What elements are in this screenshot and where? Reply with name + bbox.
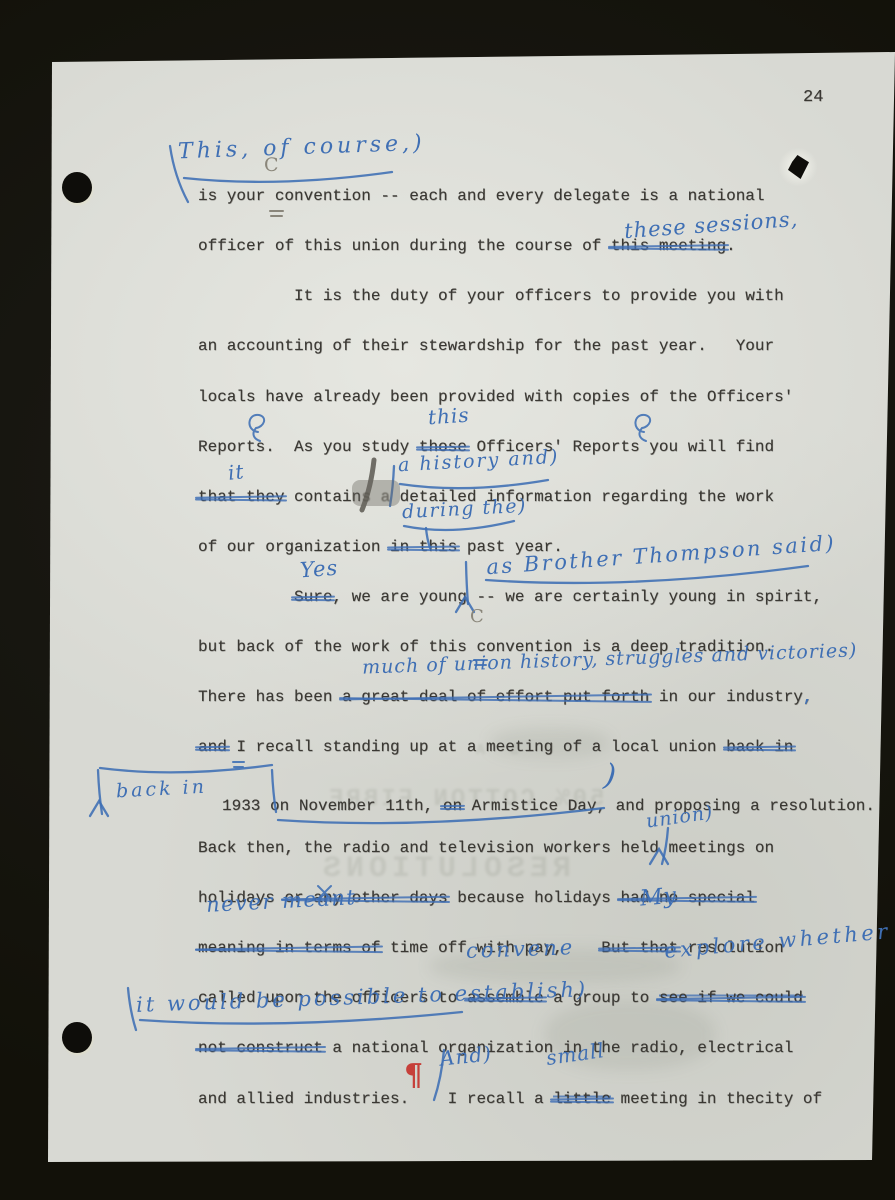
- manuscript-photo: { "page": {"number": "24"}, "colors": { …: [0, 0, 895, 1200]
- hole-punch-bottom: [62, 1022, 92, 1053]
- photo-background: U S A50% COTTON FIBRERESOLUTIONS is your…: [0, 0, 895, 1200]
- hole-punch-top: [62, 172, 92, 203]
- manuscript-page: [46, 52, 895, 1165]
- page-number: 24: [803, 88, 823, 107]
